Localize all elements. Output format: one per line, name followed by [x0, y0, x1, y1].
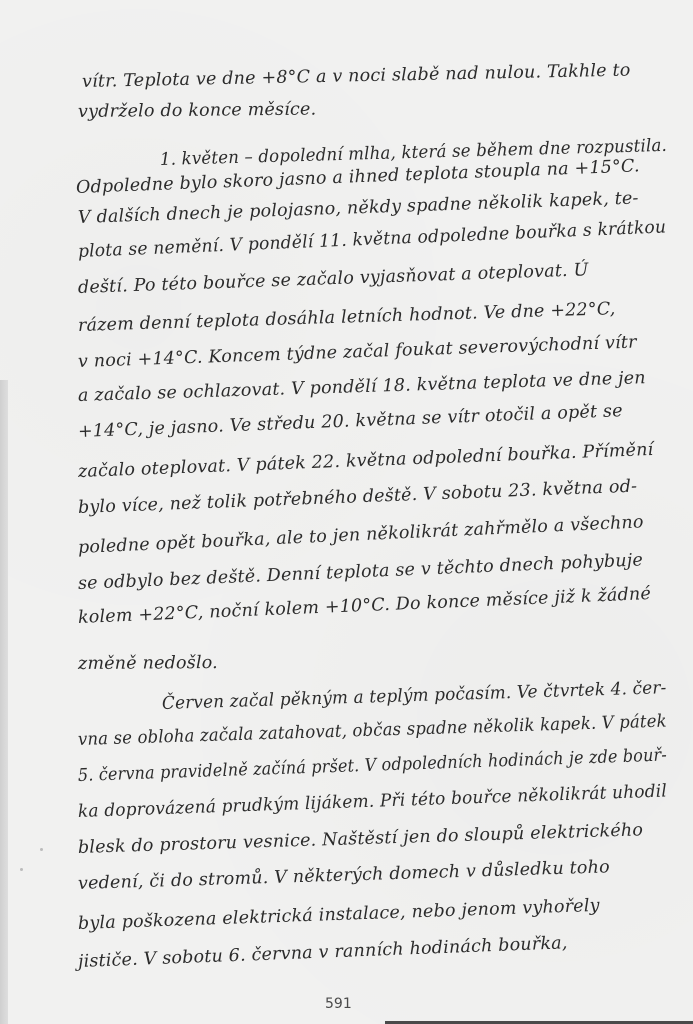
text-line: kolem +22°C, noční kolem +10°C. Do konce… — [78, 584, 652, 628]
paper-speck — [20, 868, 23, 871]
text-line: Červen začal pěkným a teplým počasím. Ve… — [162, 678, 667, 714]
text-line: jističe. V sobotu 6. června v ranních ho… — [78, 933, 568, 972]
text-line: vedení, či do stromů. V některých domech… — [78, 857, 610, 894]
text-line: +14°C, je jasno. Ve středu 20. května se… — [78, 401, 623, 442]
paper-speck — [40, 848, 43, 851]
text-line: v noci +14°C. Koncem týdne začal foukat … — [78, 332, 637, 371]
text-line: ka doprovázená prudkým lijákem. Při této… — [78, 781, 668, 822]
document-page: vítr. Teplota ve dne +8°C a v noci slabě… — [0, 0, 693, 1024]
text-line: a začalo se ochlazovat. V pondělí 18. kv… — [78, 368, 646, 406]
page-number: 591 — [325, 996, 352, 1012]
text-line: vydrželo do konce měsíce. — [78, 100, 316, 122]
text-line: začalo oteplovat. V pátek 22. května odp… — [78, 440, 654, 482]
text-line: vna se obloha začala zatahovat, občas sp… — [78, 712, 667, 750]
text-line: deští. Po této bouřce se začalo vyjasňov… — [78, 260, 589, 298]
text-line: vítr. Teplota ve dne +8°C a v noci slabě… — [82, 61, 631, 92]
text-line: změně nedošlo. — [78, 653, 218, 674]
text-line: bylo více, než tolik potřebného deště. V… — [78, 477, 638, 518]
text-line: rázem denní teplota dosáhla letních hodn… — [78, 299, 616, 336]
text-line: blesk do prostoru vesnice. Naštěstí jen … — [78, 820, 644, 858]
text-line: 5. června pravidelně začíná pršet. V odp… — [78, 745, 668, 786]
text-line: byla poškozena elektrická instalace, neb… — [78, 896, 600, 934]
text-line: poledne opět bouřka, ale to jen několikr… — [78, 512, 645, 558]
binding-gutter — [0, 380, 8, 1024]
